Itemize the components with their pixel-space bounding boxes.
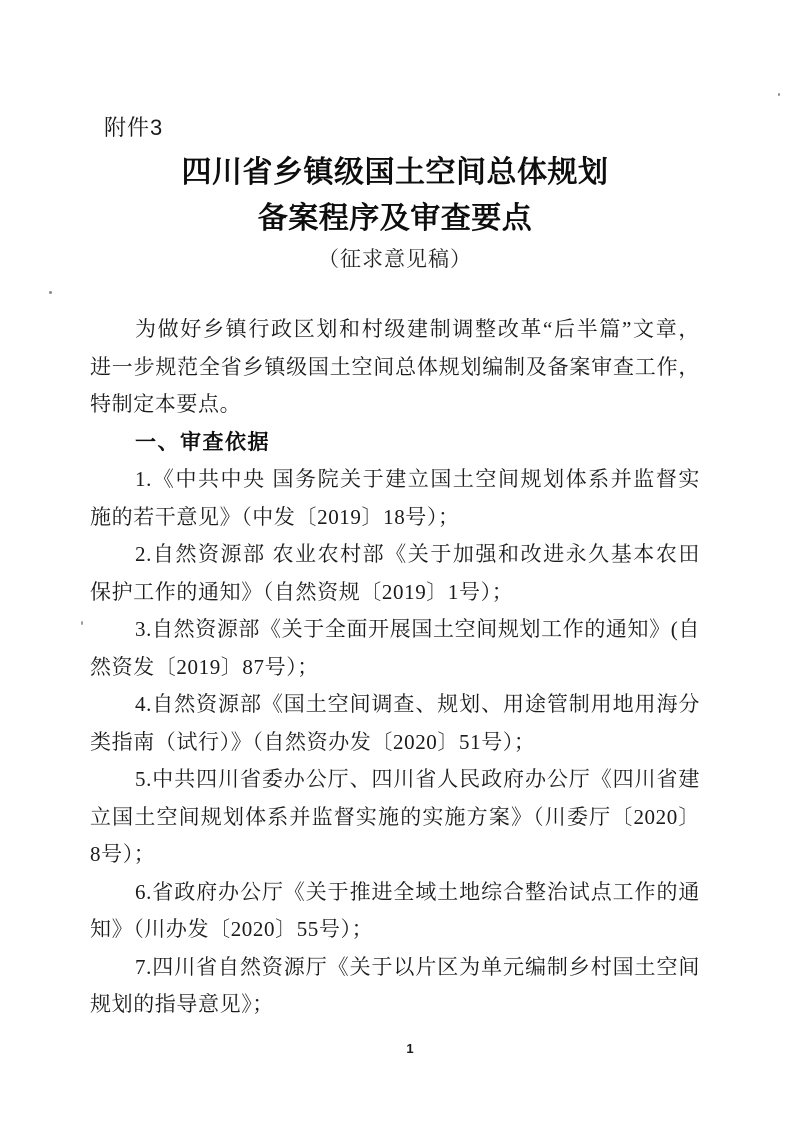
text-line: 3.自然资源部《关于全面开展国土空间规划工作的通知》(自: [90, 611, 700, 649]
text-line: 6.省政府办公厅《关于推进全域土地综合整治试点工作的通: [90, 874, 700, 912]
text-line: 2.自然资源部 农业农村部《关于加强和改进永久基本农田: [90, 536, 700, 574]
text-line: 类指南（试行）》（自然资办发〔2020〕51号）；: [90, 724, 700, 762]
document-subtitle: （征求意见稿）: [90, 244, 700, 274]
document-page: 附件3 四川省乡镇级国土空间总体规划 备案程序及审查要点 （征求意见稿） 为做好…: [0, 0, 800, 1132]
text-line: 8号）；: [90, 836, 700, 874]
text-line: 施的若干意见》（中发〔2019〕18号）；: [90, 499, 700, 537]
text-line: 4.自然资源部《国土空间调查、规划、用途管制用地用海分: [90, 686, 700, 724]
body-lines: 为做好乡镇行政区划和村级建制调整改革“后半篇”文章，进一步规范全省乡镇级国土空间…: [90, 311, 700, 1024]
text-line: 7.四川省自然资源厅《关于以片区为单元编制乡村国土空间: [90, 949, 700, 987]
attachment-label: 附件3: [90, 116, 700, 140]
section-heading: 一、审查依据: [90, 424, 700, 462]
text-line: 特制定本要点。: [90, 386, 700, 424]
document-title-line2: 备案程序及审查要点: [90, 196, 700, 242]
document-title-line1: 四川省乡镇级国土空间总体规划: [90, 150, 700, 196]
text-line: 然资发〔2019〕87号）；: [90, 649, 700, 687]
scan-noise-speck: [49, 291, 52, 294]
scan-noise-speck: [81, 621, 83, 625]
text-line: 为做好乡镇行政区划和村级建制调整改革“后半篇”文章，: [90, 311, 700, 349]
document-title: 四川省乡镇级国土空间总体规划 备案程序及审查要点: [90, 150, 700, 242]
scan-noise-speck: [778, 93, 780, 96]
text-line: 知》（川办发〔2020〕55号）；: [90, 911, 700, 949]
text-line: 1.《中共中央 国务院关于建立国土空间规划体系并监督实: [90, 461, 700, 499]
text-line: 规划的指导意见》；: [90, 986, 700, 1024]
text-line: 立国土空间规划体系并监督实施的实施方案》（川委厅〔2020〕: [90, 799, 700, 837]
text-line: 进一步规范全省乡镇级国土空间总体规划编制及备案审查工作，: [90, 349, 700, 387]
text-line: 5.中共四川省委办公厅、四川省人民政府办公厅《四川省建: [90, 761, 700, 799]
text-line: 保护工作的通知》（自然资规〔2019〕1号）；: [90, 574, 700, 612]
page-number: 1: [90, 1040, 700, 1058]
